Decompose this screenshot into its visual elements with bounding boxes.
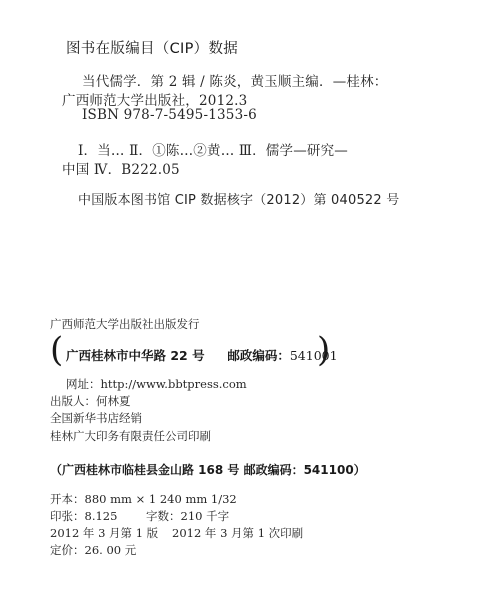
close-paren: ) — [317, 333, 330, 367]
spec-printing: 2012 年 3 月第 1 次印刷 — [172, 525, 303, 541]
spec-edition: 2012 年 3 月第 1 版 — [50, 525, 158, 541]
cip-classification-line: Ⅰ．当… Ⅱ．①陈…②黄… Ⅲ．儒学—研究— — [78, 139, 348, 159]
publisher-street: 广西桂林市中华路 22 号 — [66, 348, 205, 363]
publisher-address: 广西桂林市中华路 22 号 邮政编码：541001 — [66, 346, 338, 364]
cip-publisher-line: 广西师范大学出版社，2012.3 — [62, 89, 247, 109]
spec-format: 开本：880 mm × 1 240 mm 1/32 — [50, 491, 237, 507]
publisher-website: 网址：http://www.bbtpress.com — [66, 376, 247, 392]
printer: 桂林广大印务有限责任公司印刷 — [50, 428, 211, 444]
distributor: 全国新华书店经销 — [50, 410, 142, 426]
cip-isbn-line: ISBN 978-7-5495-1353-6 — [82, 107, 257, 123]
publisher-zip: 541001 — [290, 348, 338, 363]
open-paren: ( — [50, 333, 63, 367]
publisher-person: 出版人：何林夏 — [50, 393, 131, 409]
printer-address: （广西桂林市临桂县金山路 168 号 邮政编码：541100） — [50, 461, 366, 478]
cip-record-number: 中国版本图书馆 CIP 数据核字（2012）第 040522 号 — [78, 189, 399, 208]
cip-heading: 图书在版编目（CIP）数据 — [66, 37, 238, 58]
cip-title-line: 当代儒学．第 2 辑 / 陈炎，黄玉顺主编．—桂林： — [82, 70, 388, 90]
spec-word-count: 字数：210 千字 — [146, 508, 229, 524]
publisher-issuer: 广西师范大学出版社出版发行 — [50, 316, 200, 332]
spec-price: 定价：26. 00 元 — [50, 542, 136, 558]
spec-sheets: 印张：8.125 — [50, 508, 117, 524]
cip-classification-line-2: 中国 Ⅳ．B222.05 — [62, 158, 180, 178]
publisher-zip-label: 邮政编码： — [227, 348, 290, 363]
